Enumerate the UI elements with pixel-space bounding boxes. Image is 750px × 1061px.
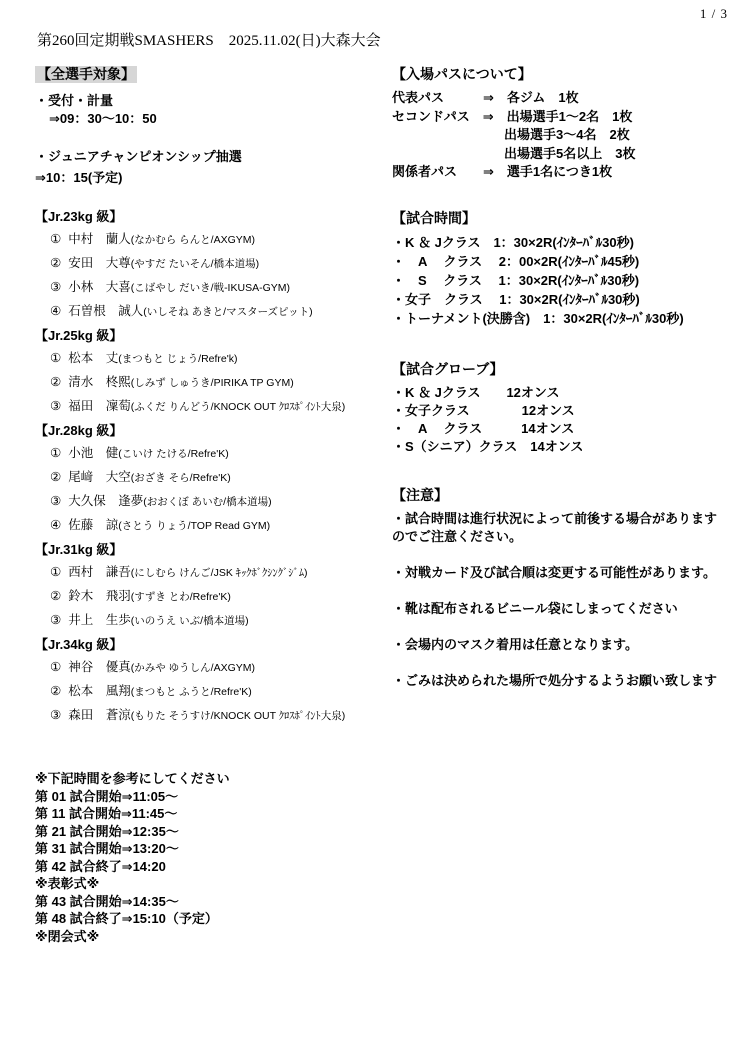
entry-number: ③	[50, 494, 61, 508]
all-players-heading: 【全選手対象】	[35, 66, 137, 83]
section-all-players: 【全選手対象】 ・受付・計量 ⇒09：30～10：50 ・ジュニアチャンピオンシ…	[35, 66, 387, 188]
left-column: 【全選手対象】 ・受付・計量 ⇒09：30～10：50 ・ジュニアチャンピオンシ…	[35, 66, 387, 945]
player-entry: ③福田 凜萄(ふくだ りんどう/KNOCK OUT ｸﾛｽﾎﾟｲﾝﾄ大泉)	[35, 395, 387, 419]
schedule-line: 第 31 試合開始⇒13:20～	[35, 840, 387, 858]
entry-name: 大久保 逢夢	[68, 494, 143, 508]
entry-number: ②	[50, 589, 61, 603]
entry-number: ①	[50, 232, 61, 246]
glove-line: ・女子クラス 12オンス	[392, 402, 728, 420]
entry-name: 松本 丈	[68, 351, 118, 365]
schedule-line: 第 01 試合開始⇒11:05～	[35, 788, 387, 806]
weight-class-heading: 【Jr.31kg 級】	[35, 538, 387, 561]
entry-detail: (かみや ゆうしん/AXGYM)	[131, 662, 255, 674]
player-entry: ①松本 丈(まつもと じょう/Refre'k)	[35, 347, 387, 371]
gloves-heading: 【試合グローブ】	[392, 361, 728, 378]
entry-detail: (もりた そうすけ/KNOCK OUT ｸﾛｽﾎﾟｲﾝﾄ大泉)	[131, 710, 345, 722]
section-notice: 【注意】 ・試合時間は進行状況によって前後する場合がありますのでご注意ください。…	[392, 487, 728, 690]
entry-name: 小池 健	[68, 446, 118, 460]
player-entry: ④佐藤 諒(さとう りょう/TOP Read GYM)	[35, 514, 387, 538]
entry-number: ④	[50, 304, 61, 318]
entry-number: ①	[50, 351, 61, 365]
notice-item: ・試合時間は進行状況によって前後する場合がありますのでご注意ください。	[392, 510, 728, 546]
times-heading: 【試合時間】	[392, 210, 728, 227]
entry-number: ①	[50, 660, 61, 674]
pass-line: 出場選手3～4名 2枚	[392, 126, 728, 145]
entry-detail: (にしむら けんご/JSK ｷｯｸﾎﾞｸｼﾝｸﾞｼﾞﾑ)	[131, 567, 308, 579]
entry-name: 中村 蘭人	[68, 232, 131, 246]
player-entry: ②尾﨑 大空(おざき そら/Refre'K)	[35, 466, 387, 490]
weight-class-heading: 【Jr.28kg 級】	[35, 419, 387, 442]
player-entry: ③井上 生歩(いのうえ いぶ/橋本道場)	[35, 609, 387, 633]
schedule-line: 第 42 試合終了⇒14:20	[35, 858, 387, 876]
notice-item: ・会場内のマスク着用は任意となります。	[392, 636, 728, 654]
entry-name: 西村 謙吾	[68, 565, 131, 579]
weight-class-heading: 【Jr.23kg 級】	[35, 205, 387, 228]
schedule-line: ※表彰式※	[35, 875, 387, 893]
schedule-note: ※下記時間を参考にしてください	[35, 770, 387, 788]
entry-name: 安田 大尊	[68, 256, 131, 270]
weight-class-heading: 【Jr.34kg 級】	[35, 633, 387, 656]
entry-name: 清水 柊熙	[68, 375, 131, 389]
entry-name: 松本 風翔	[68, 684, 131, 698]
pass-line: セコンドパス ⇒ 出場選手1～2名 1枚	[392, 108, 728, 127]
weight-class-jr23: 【Jr.23kg 級】 ①中村 蘭人(なかむら らんと/AXGYM) ②安田 大…	[35, 205, 387, 324]
weight-class-heading: 【Jr.25kg 級】	[35, 324, 387, 347]
player-entry: ③森田 蒼涼(もりた そうすけ/KNOCK OUT ｸﾛｽﾎﾟｲﾝﾄ大泉)	[35, 704, 387, 728]
schedule-line: 第 48 試合終了⇒15:10（予定）	[35, 910, 387, 928]
passes-heading: 【入場パスについて】	[392, 66, 728, 83]
entry-detail: (すずき とわ/Refre'K)	[131, 591, 231, 603]
entry-detail: (なかむら らんと/AXGYM)	[131, 234, 255, 246]
time-line: ・ S クラス 1：30×2R(ｲﾝﾀｰﾊﾞﾙ30秒)	[392, 271, 728, 290]
entry-detail: (おおくぼ あいむ/橋本道場)	[143, 496, 271, 508]
entry-detail: (いのうえ いぶ/橋本道場)	[131, 615, 249, 627]
entry-number: ④	[50, 518, 61, 532]
weight-class-jr25: 【Jr.25kg 級】 ①松本 丈(まつもと じょう/Refre'k) ②清水 …	[35, 324, 387, 419]
notice-item: ・靴は配布されるビニール袋にしまってください	[392, 600, 728, 618]
player-entry: ①西村 謙吾(にしむら けんご/JSK ｷｯｸﾎﾞｸｼﾝｸﾞｼﾞﾑ)	[35, 561, 387, 585]
entry-detail: (やすだ たいそん/橋本道場)	[131, 258, 259, 270]
glove-line: ・S（シニア）クラス 14オンス	[392, 438, 728, 456]
player-entry: ①小池 健(こいけ たける/Refre'K)	[35, 442, 387, 466]
glove-line: ・ A クラス 14オンス	[392, 420, 728, 438]
entry-number: ①	[50, 565, 61, 579]
pass-line: 関係者パス ⇒ 選手1名につき1枚	[392, 163, 728, 182]
entry-detail: (しみず しゅうき/PIRIKA TP GYM)	[131, 377, 294, 389]
section-time-schedule: ※下記時間を参考にしてください 第 01 試合開始⇒11:05～ 第 11 試合…	[35, 770, 387, 945]
reception-time: ⇒09：30～10：50	[35, 110, 387, 128]
document-page: 1 / 3 第260回定期戦SMASHERS 2025.11.02(日)大森大会…	[0, 0, 750, 1061]
time-line: ・K ＆ Jクラス 1：30×2R(ｲﾝﾀｰﾊﾞﾙ30秒)	[392, 233, 728, 252]
entry-detail: (こばやし だいき/戦-IKUSA-GYM)	[131, 282, 290, 294]
player-entry: ②清水 柊熙(しみず しゅうき/PIRIKA TP GYM)	[35, 371, 387, 395]
section-entrance-passes: 【入場パスについて】 代表パス ⇒ 各ジム 1枚 セコンドパス ⇒ 出場選手1～…	[392, 66, 728, 182]
time-line: ・トーナメント(決勝含) 1：30×2R(ｲﾝﾀｰﾊﾞﾙ30秒)	[392, 309, 728, 328]
schedule-line: 第 21 試合開始⇒12:35～	[35, 823, 387, 841]
reception-label: ・受付・計量	[35, 92, 387, 110]
time-line: ・女子 クラス 1：30×2R(ｲﾝﾀｰﾊﾞﾙ30秒)	[392, 290, 728, 309]
notice-item: ・ごみは決められた場所で処分するようお願い致します	[392, 672, 728, 690]
pass-line: 出場選手5名以上 3枚	[392, 145, 728, 164]
page-number: 1 / 3	[700, 6, 728, 22]
pass-line: 代表パス ⇒ 各ジム 1枚	[392, 89, 728, 108]
time-line: ・ A クラス 2：00×2R(ｲﾝﾀｰﾊﾞﾙ45秒)	[392, 252, 728, 271]
entry-name: 福田 凜萄	[68, 399, 131, 413]
entry-number: ③	[50, 613, 61, 627]
entry-detail: (まつもと じょう/Refre'k)	[118, 353, 237, 365]
entry-number: ③	[50, 708, 61, 722]
player-entry: ①神谷 優真(かみや ゆうしん/AXGYM)	[35, 656, 387, 680]
player-entry: ②安田 大尊(やすだ たいそん/橋本道場)	[35, 252, 387, 276]
entry-number: ②	[50, 256, 61, 270]
schedule-line: 第 11 試合開始⇒11:45～	[35, 805, 387, 823]
section-match-times: 【試合時間】 ・K ＆ Jクラス 1：30×2R(ｲﾝﾀｰﾊﾞﾙ30秒) ・ A…	[392, 210, 728, 328]
weight-class-jr34: 【Jr.34kg 級】 ①神谷 優真(かみや ゆうしん/AXGYM) ②松本 風…	[35, 633, 387, 728]
entry-name: 森田 蒼涼	[68, 708, 131, 722]
entry-number: ②	[50, 470, 61, 484]
player-entry: ③小林 大喜(こばやし だいき/戦-IKUSA-GYM)	[35, 276, 387, 300]
entry-detail: (まつもと ふうと/Refre'K)	[131, 686, 252, 698]
entry-number: ②	[50, 375, 61, 389]
weight-class-jr31: 【Jr.31kg 級】 ①西村 謙吾(にしむら けんご/JSK ｷｯｸﾎﾞｸｼﾝ…	[35, 538, 387, 633]
section-match-gloves: 【試合グローブ】 ・K ＆ Jクラス 12オンス ・女子クラス 12オンス ・ …	[392, 361, 728, 456]
entry-name: 尾﨑 大空	[68, 470, 131, 484]
player-entry: ③大久保 逢夢(おおくぼ あいむ/橋本道場)	[35, 490, 387, 514]
entry-name: 石曽根 誠人	[68, 304, 143, 318]
document-title: 第260回定期戦SMASHERS 2025.11.02(日)大森大会	[37, 29, 381, 50]
entry-number: ②	[50, 684, 61, 698]
entry-detail: (こいけ たける/Refre'K)	[118, 448, 229, 460]
entry-detail: (いしそね あきと/マスターズピット)	[143, 306, 312, 318]
schedule-line: ※閉会式※	[35, 928, 387, 946]
entry-name: 井上 生歩	[68, 613, 131, 627]
player-entry: ①中村 蘭人(なかむら らんと/AXGYM)	[35, 228, 387, 252]
entry-number: ③	[50, 399, 61, 413]
schedule-line: 第 43 試合開始⇒14:35～	[35, 893, 387, 911]
player-entry: ②鈴木 飛羽(すずき とわ/Refre'K)	[35, 585, 387, 609]
entry-detail: (ふくだ りんどう/KNOCK OUT ｸﾛｽﾎﾟｲﾝﾄ大泉)	[131, 401, 345, 413]
entry-detail: (おざき そら/Refre'K)	[131, 472, 231, 484]
lottery-time: ⇒10：15(予定)	[35, 167, 387, 188]
entry-detail: (さとう りょう/TOP Read GYM)	[118, 520, 270, 532]
entry-name: 小林 大喜	[68, 280, 131, 294]
notice-heading: 【注意】	[392, 487, 728, 504]
lottery-label: ・ジュニアチャンピオンシップ抽選	[35, 146, 387, 167]
entry-name: 神谷 優真	[68, 660, 131, 674]
glove-line: ・K ＆ Jクラス 12オンス	[392, 384, 728, 402]
player-entry: ②松本 風翔(まつもと ふうと/Refre'K)	[35, 680, 387, 704]
entry-number: ①	[50, 446, 61, 460]
entry-name: 佐藤 諒	[68, 518, 118, 532]
weight-class-jr28: 【Jr.28kg 級】 ①小池 健(こいけ たける/Refre'K) ②尾﨑 大…	[35, 419, 387, 538]
right-column: 【入場パスについて】 代表パス ⇒ 各ジム 1枚 セコンドパス ⇒ 出場選手1～…	[392, 66, 728, 690]
entry-name: 鈴木 飛羽	[68, 589, 131, 603]
entry-number: ③	[50, 280, 61, 294]
notice-item: ・対戦カード及び試合順は変更する可能性があります。	[392, 564, 728, 582]
player-entry: ④石曽根 誠人(いしそね あきと/マスターズピット)	[35, 300, 387, 324]
weight-class-list: 【Jr.23kg 級】 ①中村 蘭人(なかむら らんと/AXGYM) ②安田 大…	[35, 205, 387, 728]
